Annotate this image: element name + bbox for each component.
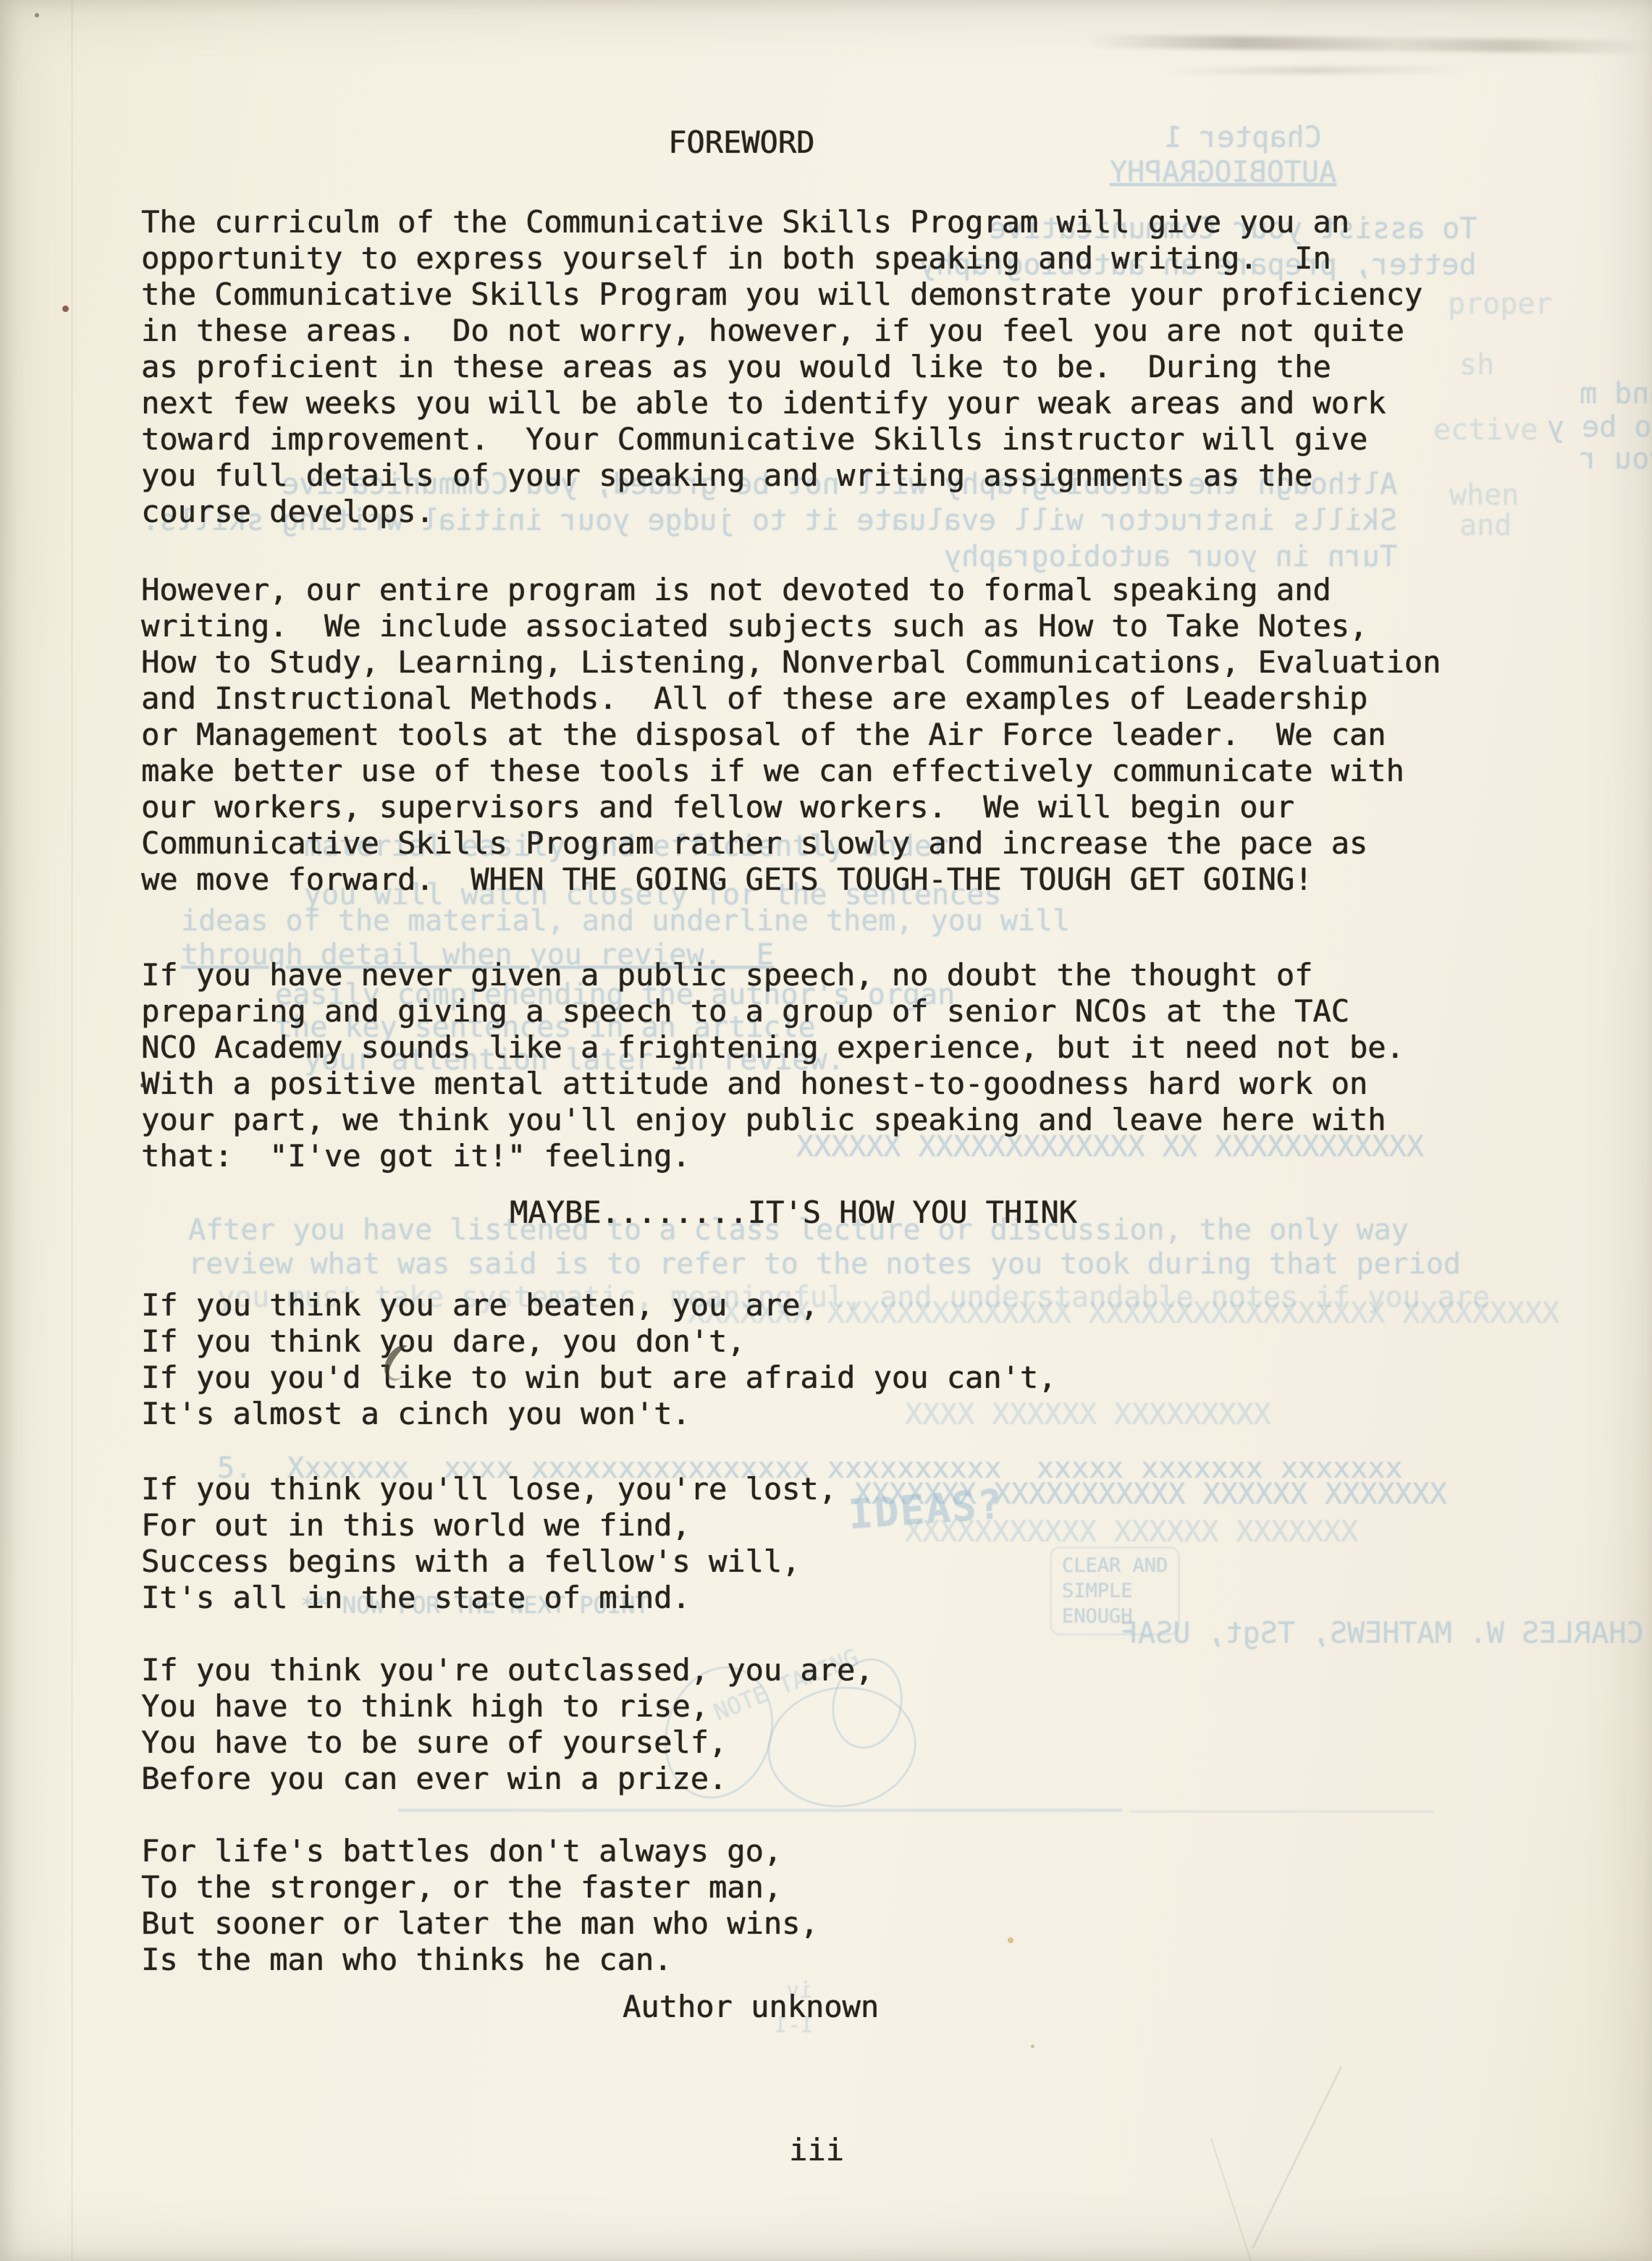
page-title: FOREWORD	[668, 125, 814, 161]
paper-speck	[1031, 2045, 1034, 2048]
paragraph-1: The curriculm of the Communicative Skill…	[141, 204, 1423, 530]
bleed-text: CHARLES W. MATHEWS, TSgt, USAF	[1121, 1616, 1643, 1651]
paper-speck	[1008, 1937, 1013, 1943]
bleed-text: IDEAS?	[848, 1488, 1005, 1533]
bleed-text: ective	[1433, 413, 1538, 447]
poem-attribution: Author unknown	[623, 1989, 879, 2025]
pencil-smudge	[1158, 65, 1470, 75]
scanned-document-page: Chapter 1 AUTOBIOGRAPHY To assist your C…	[0, 0, 1652, 2261]
scratch-line	[1252, 2066, 1342, 2249]
poem-heading: MAYBE........IT'S HOW YOU THINK	[510, 1195, 1077, 1231]
bleed-text: Chapter 1	[1165, 120, 1322, 155]
page-number: iii	[789, 2132, 844, 2168]
bleed-text: when	[1449, 478, 1519, 513]
bleed-text: you r	[1580, 442, 1652, 476]
bleed-text: Turn in your autobiography	[944, 539, 1397, 574]
poem-stanza-3: If you think you're outclassed, you are,…	[141, 1652, 873, 1797]
scratch-line	[1210, 2139, 1252, 2261]
bleed-text: proper	[1448, 287, 1553, 321]
poem-stanza-1: If you think you are beaten, you are, If…	[141, 1287, 1056, 1432]
bleed-text: AUTOBIOGRAPHY	[1110, 155, 1336, 190]
bleed-text: and	[1459, 508, 1512, 543]
bleed-underline-band	[398, 1809, 1122, 1812]
pencil-smudge	[1086, 35, 1651, 54]
red-speck	[62, 306, 69, 312]
paragraph-3: If you have never given a public speech,…	[141, 957, 1404, 1174]
bleed-underline-band	[1129, 1810, 1433, 1813]
bleed-text: and m	[1580, 376, 1652, 411]
paper-speck	[140, 1083, 145, 1087]
poem-stanza-2: If you think you'll lose, you're lost, F…	[141, 1471, 837, 1616]
bleed-text: sh	[1459, 348, 1494, 382]
bleed-text: ideas of the material, and underline the…	[181, 904, 1070, 938]
poem-stanza-4: For life's battles don't always go, To t…	[141, 1833, 819, 1978]
fold-shadow	[71, 0, 73, 2261]
paragraph-2: However, our entire program is not devot…	[141, 572, 1441, 898]
bleed-text: to be y	[1547, 410, 1652, 445]
bleed-text: review what was said is to refer to the …	[188, 1247, 1461, 1281]
paper-speck	[35, 13, 39, 17]
